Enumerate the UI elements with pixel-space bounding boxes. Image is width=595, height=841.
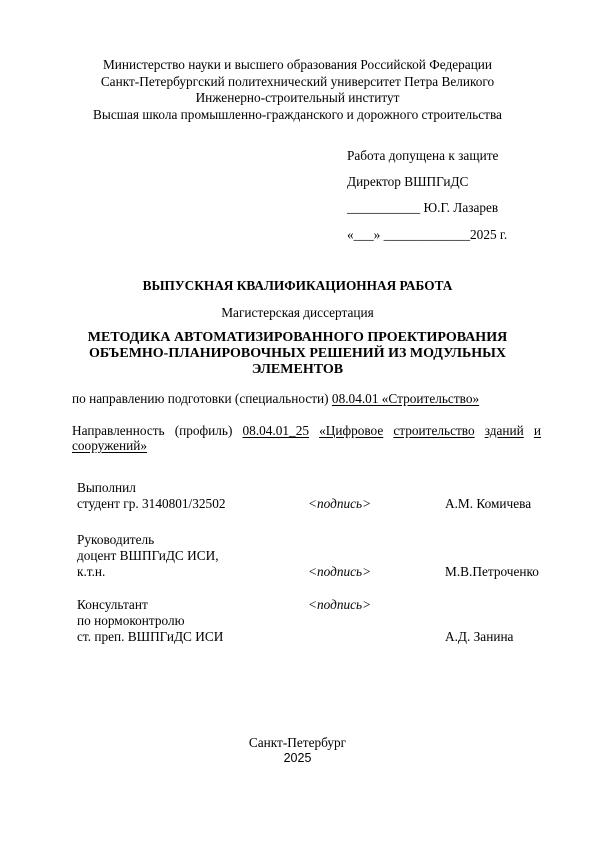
director-name: Ю.Г. Лазарев <box>423 200 498 215</box>
date-year: 2025 г. <box>470 227 507 242</box>
profile-line-2: сооружений» <box>72 438 147 454</box>
approval-signature-line: ___________ Ю.Г. Лазарев <box>347 200 498 216</box>
footer-city: Санкт-Петербург <box>0 735 595 751</box>
signature-student-role-1: Выполнил <box>77 480 136 496</box>
topic-line-2: ОБЪЕМНО-ПЛАНИРОВОЧНЫХ РЕШЕНИЙ ИЗ МОДУЛЬН… <box>0 346 595 362</box>
profile-value-word: 08.04.01_25 <box>243 423 309 439</box>
institute-line: Инженерно-строительный институт <box>0 90 595 107</box>
profile-value-word: зданий <box>485 423 524 439</box>
profile-value-word: и <box>534 423 541 439</box>
signature-supervisor-placeholder: <подпись> <box>308 564 371 580</box>
profile-label-word: (профиль) <box>175 423 233 439</box>
ministry-line: Министерство науки и высшего образования… <box>0 57 595 74</box>
footer-year: 2025 <box>0 751 595 765</box>
signature-student-role-2: студент гр. 3140801/32502 <box>77 496 226 512</box>
approval-date-line: «___» _____________2025 г. <box>347 227 507 243</box>
signature-consultant-role-1: Консультант <box>77 597 148 613</box>
direction-line: по направлению подготовки (специальности… <box>72 391 479 407</box>
profile-label-word: Направленность <box>72 423 165 439</box>
profile-line-1: Направленность (профиль) 08.04.01_25 «Ци… <box>72 423 541 439</box>
date-month-blank: _____________ <box>384 227 470 242</box>
signature-student-placeholder: <подпись> <box>308 496 371 512</box>
topic-line-1: МЕТОДИКА АВТОМАТИЗИРОВАННОГО ПРОЕКТИРОВА… <box>0 330 595 346</box>
profile-value-word: «Цифровое <box>319 423 383 439</box>
signature-consultant-placeholder: <подпись> <box>308 597 371 613</box>
signature-blank: ___________ <box>347 200 420 215</box>
work-type-heading: ВЫПУСКНАЯ КВАЛИФИКАЦИОННАЯ РАБОТА <box>0 278 595 294</box>
topic-line-3: ЭЛЕМЕНТОВ <box>0 362 595 378</box>
signature-supervisor-name: М.В.Петроченко <box>445 564 539 580</box>
signature-consultant-role-2: по нормоконтролю <box>77 613 185 629</box>
university-line: Санкт-Петербургский политехнический унив… <box>0 74 595 91</box>
signature-supervisor-role-1: Руководитель <box>77 532 154 548</box>
work-subtype: Магистерская диссертация <box>0 305 595 321</box>
school-line: Высшая школа промышленно-гражданского и … <box>0 107 595 124</box>
direction-label: по направлению подготовки (специальности… <box>72 391 329 406</box>
profile-value-word: строительство <box>393 423 474 439</box>
approval-admitted: Работа допущена к защите <box>347 148 498 164</box>
approval-director: Директор ВШПГиДС <box>347 174 468 190</box>
signature-supervisor-role-3: к.т.н. <box>77 564 105 580</box>
signature-consultant-name: А.Д. Занина <box>445 629 513 645</box>
direction-value: 08.04.01 «Строительство» <box>332 391 479 406</box>
signature-student-name: А.М. Комичева <box>445 496 531 512</box>
date-day-blank: «___» <box>347 227 380 242</box>
signature-consultant-role-3: ст. преп. ВШПГиДС ИСИ <box>77 629 223 645</box>
signature-supervisor-role-2: доцент ВШПГиДС ИСИ, <box>77 548 219 564</box>
